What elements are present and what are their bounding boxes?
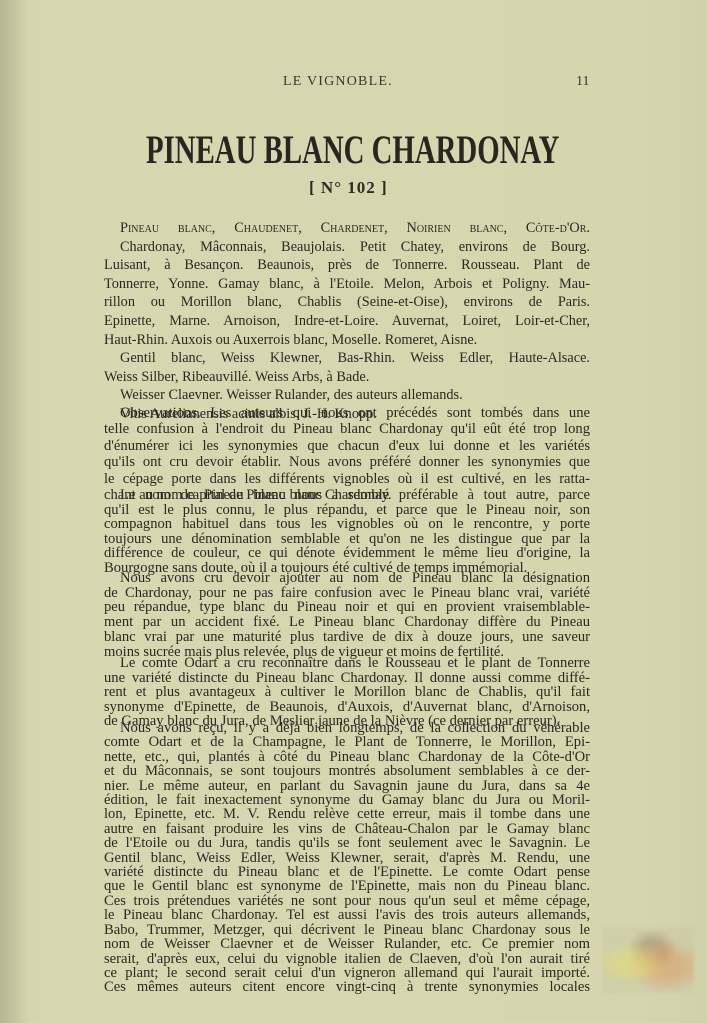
running-head: LE VIGNOBLE. xyxy=(283,74,393,90)
text-line: compagnon habituel dans tous les vignobl… xyxy=(104,517,590,532)
text-line: Nous avons reçu, il y a déjà bien longte… xyxy=(104,721,590,735)
text-line: nom de Weisser Claevner et de Weisser Ru… xyxy=(104,937,590,951)
text-line: une variété distincte du Pineau blanc Ch… xyxy=(104,671,590,686)
text-line: comte Odart et de la Champagne, le Plant… xyxy=(104,735,590,749)
synonym-line: Tonnerre, Yonne. Gamay blanc, à l'Etoile… xyxy=(104,275,590,294)
page-title: PINEAU BLANC CHARDONAY xyxy=(146,126,443,173)
text-line: Le nom de Pineau blanc nous a semblé pré… xyxy=(104,488,590,503)
text-line: peu répandue, type blanc du Pineau noir … xyxy=(104,600,590,615)
text-line: de Chardonay, pour ne pas faire confusio… xyxy=(104,586,590,601)
synonym-line: Haut-Rhin. Auxois ou Auxerrois blanc, Mo… xyxy=(104,331,590,350)
synonym-line: Gentil blanc, Weiss Klewner, Bas-Rhin. W… xyxy=(104,349,590,368)
text-line: lon, Epinette, etc. M. V. Rendu relève c… xyxy=(104,807,590,821)
text-line: que le Gentil blanc est synonyme de l'Ep… xyxy=(104,879,590,893)
text-line: Observations. Les auteurs qui nous ont p… xyxy=(104,405,590,421)
synonyms-block: Pineau blanc, Chaudenet, Chardenet, Noir… xyxy=(104,219,590,424)
text-line: Babo, Trummer, Metzger, qui décrivent le… xyxy=(104,923,590,937)
text-line: serait, d'après eux, celui du vignoble i… xyxy=(104,952,590,966)
text-line: nette, etc., qui, plantés à côté du Pine… xyxy=(104,750,590,764)
text-line: Ces trois prétendues variétés ne sont po… xyxy=(104,894,590,908)
text-line: Gentil blanc, Weiss Edler, Weiss Klewner… xyxy=(104,851,590,865)
text-line: Nous avons cru devoir ajouter au nom de … xyxy=(104,571,590,586)
text-line: synonyme d'Epinette, de Beaunois, d'Auxo… xyxy=(104,700,590,715)
synonym-line: Weiss Silber, Ribeauvillé. Weiss Arbs, à… xyxy=(104,368,590,387)
book-page: LE VIGNOBLE. 11 PINEAU BLANC CHARDONAY [… xyxy=(0,0,707,1023)
text-line: blanc vrai par une maturité plus tardive… xyxy=(104,630,590,645)
text-line: Le comte Odart a cru reconnaître dans le… xyxy=(104,656,590,671)
text-line: différence de couleur, ce qui dénote évi… xyxy=(104,546,590,561)
text-line: ce plant; le second serait celui d'un vi… xyxy=(104,966,590,980)
text-line: et du Mâconnais, se sont toujours montré… xyxy=(104,764,590,778)
synonym-line: Pineau blanc, Chaudenet, Chardenet, Noir… xyxy=(104,219,590,238)
text-line: toujours une dénomination semblable et q… xyxy=(104,532,590,547)
synonym-line: Weisser Claevner. Weisser Rulander, des … xyxy=(104,386,590,405)
text-line: qu'ils ont cru devoir établir. Nous avon… xyxy=(104,454,590,470)
bleed-through-illustration xyxy=(602,927,694,993)
text-line: le Pineau blanc Chardonay. Tel est aussi… xyxy=(104,908,590,922)
variety-number: [ N° 102 ] xyxy=(309,178,388,198)
text-line: le cépage porte dans les différents vign… xyxy=(104,471,590,487)
synonym-line: Chardonay, Mâconnais, Beaujolais. Petit … xyxy=(104,238,590,257)
observations-paragraph-4: Le comte Odart a cru reconnaître dans le… xyxy=(104,656,590,729)
text-line: de l'Etoile ou du Jura, tandis qu'ils se… xyxy=(104,836,590,850)
text-line: autre en faisant produire les vins de Ch… xyxy=(104,822,590,836)
text-line: variété distincte du Pineau blanc et de … xyxy=(104,865,590,879)
text-line: nier. Le même auteur, en parlant du Sava… xyxy=(104,779,590,793)
text-line: d'énumérer ici les synonymies que chacun… xyxy=(104,438,590,454)
text-line: Ces mêmes auteurs citent encore vingt-ci… xyxy=(104,980,590,994)
synonym-line: Epinette, Marne. Arnoison, Indre-et-Loir… xyxy=(104,312,590,331)
observations-paragraph-3: Nous avons cru devoir ajouter au nom de … xyxy=(104,571,590,659)
text-line: édition, le fait inexactement synonyme d… xyxy=(104,793,590,807)
observations-paragraph-2: Le nom de Pineau blanc nous a semblé pré… xyxy=(104,488,590,576)
text-line: telle confusion à l'endroit du Pineau bl… xyxy=(104,421,590,437)
page-number: 11 xyxy=(576,74,589,90)
text-line: ment par un accident fixé. Le Pineau bla… xyxy=(104,615,590,630)
gutter-shadow xyxy=(0,0,26,1023)
text-line: qu'il est le plus connu, le plus répandu… xyxy=(104,503,590,518)
observations-paragraph-5: Nous avons reçu, il y a déjà bien longte… xyxy=(104,721,590,995)
synonym-line: Luisant, à Besançon. Beaunois, près de T… xyxy=(104,256,590,275)
title-text: PINEAU BLANC CHARDONAY xyxy=(146,126,559,173)
synonym-line: rillon ou Morillon blanc, Chablis (Seine… xyxy=(104,293,590,312)
text-line: rent et plus avantageux à cultiver le Mo… xyxy=(104,685,590,700)
